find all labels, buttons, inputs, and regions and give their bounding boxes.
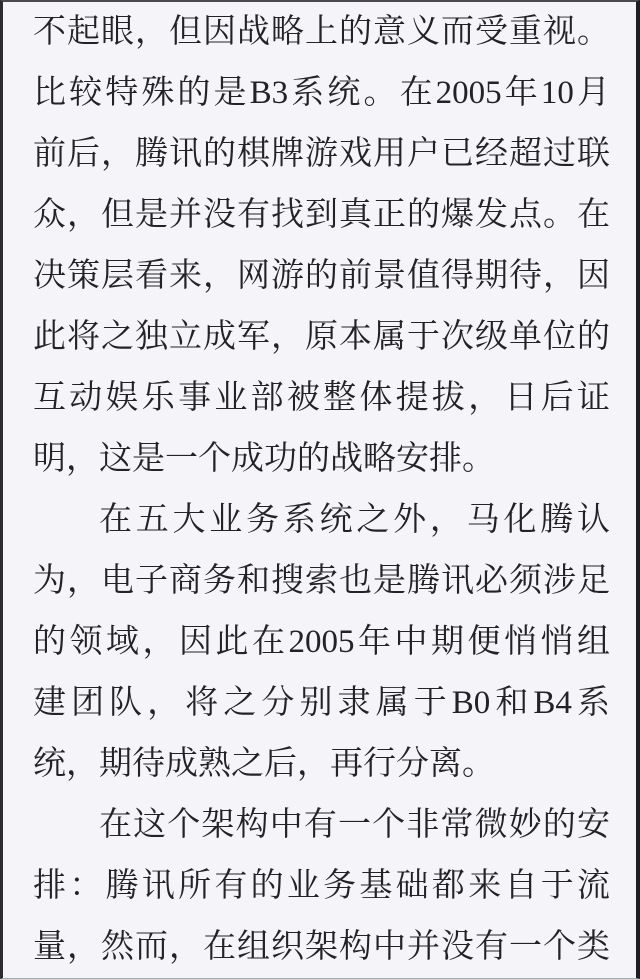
- text-line: 在五大业务系统之外，马化腾认: [33, 490, 610, 551]
- text-line: 互动娱乐事业部被整体提拔，日后证: [33, 368, 610, 429]
- text-line: 前后，腾讯的棋牌游戏用户已经超过联: [33, 124, 610, 185]
- book-page: 不起眼，但因战略上的意义而受重视。比较特殊的是B3系统。在2005年10月前后，…: [0, 0, 640, 979]
- text-line: 在这个架构中有一个非常微妙的安: [33, 795, 610, 856]
- text-line: 排：腾讯所有的业务基础都来自于流: [33, 856, 610, 917]
- text-line: 的领域，因此在2005年中期便悄悄组: [33, 612, 610, 673]
- text-line: 不起眼，但因战略上的意义而受重视。: [33, 2, 610, 63]
- text-line: 此将之独立成军，原本属于次级单位的: [33, 307, 610, 368]
- text-line: 为，电子商务和搜索也是腾讯必须涉足: [33, 551, 610, 612]
- text-line: 明，这是一个成功的战略安排。: [33, 429, 610, 490]
- text-line: 建团队，将之分别隶属于B0和B4系: [33, 673, 610, 734]
- text-line: 统，期待成熟之后，再行分离。: [33, 734, 610, 795]
- text-line: 众，但是并没有找到真正的爆发点。在: [33, 185, 610, 246]
- text-line: 决策层看来，网游的前景值得期待，因: [33, 246, 610, 307]
- text-line: 比较特殊的是B3系统。在2005年10月: [33, 63, 610, 124]
- page-text: 不起眼，但因战略上的意义而受重视。比较特殊的是B3系统。在2005年10月前后，…: [33, 2, 610, 978]
- text-line: 量，然而，在组织架构中并没有一个类: [33, 917, 610, 978]
